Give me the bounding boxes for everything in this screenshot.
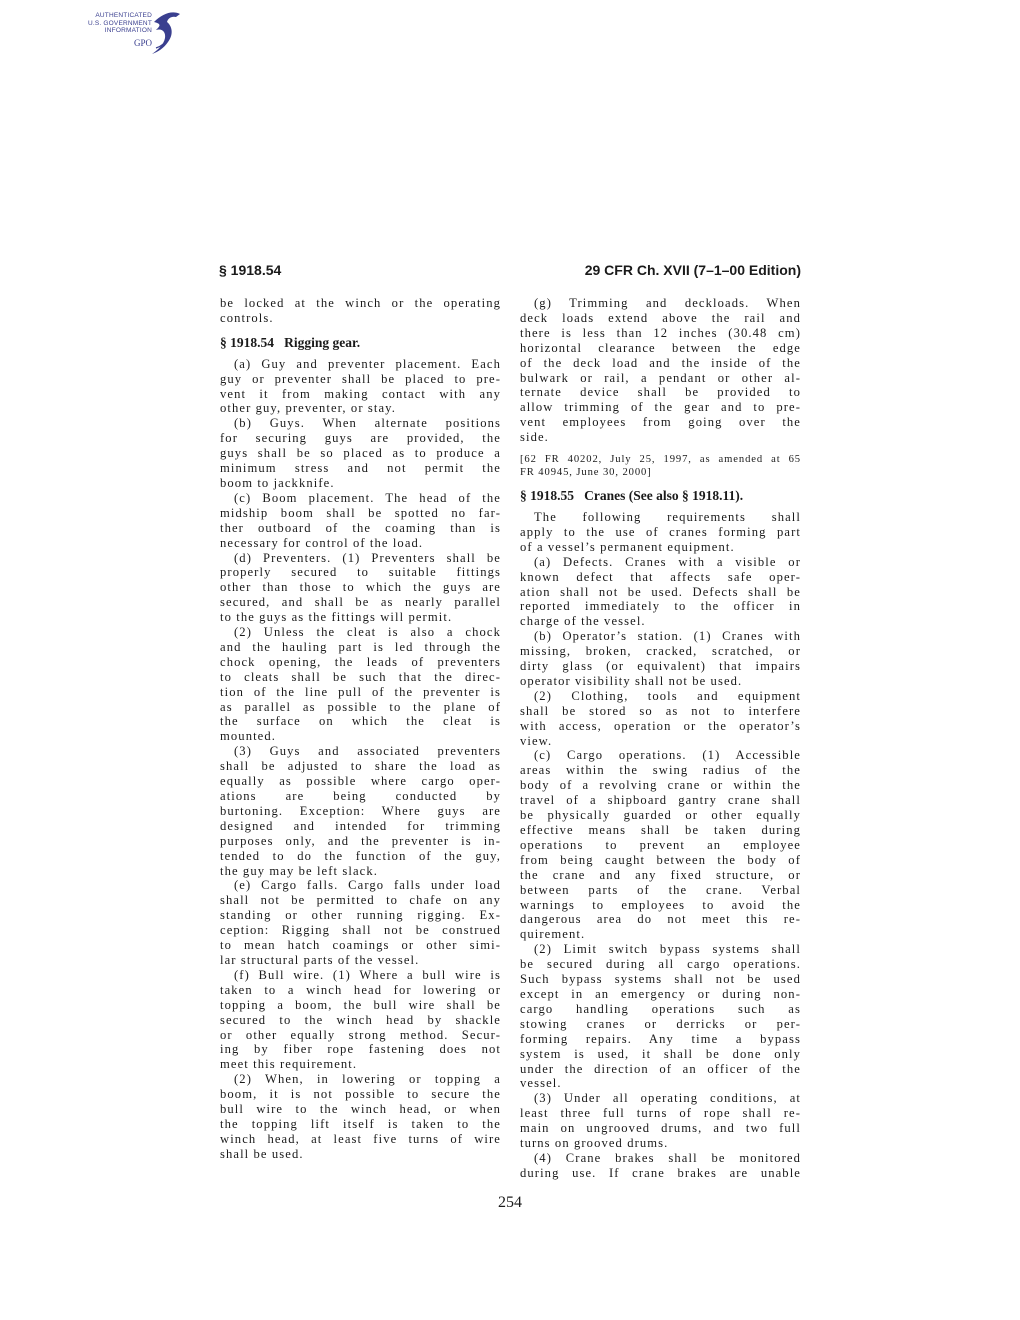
- text-line: dirty glass (or equivalent) that impairs: [520, 659, 801, 674]
- text-line: (b) Guys. When alternate positions: [220, 416, 501, 431]
- text-line: main on ungrooved drums, and two full: [520, 1121, 801, 1136]
- text-line: as parallel as possible to the plane of: [220, 700, 501, 715]
- text-line: turns on grooved drums.: [520, 1136, 801, 1151]
- text-line: for securing guys are provided, the: [220, 431, 501, 446]
- text-line: (2) When, in lowering or topping a: [220, 1072, 501, 1087]
- text-line: with access, operation or the operator’s: [520, 719, 801, 734]
- text-line: (a) Guy and preventer placement. Each: [220, 357, 501, 372]
- text-line: (g) Trimming and deckloads. When: [520, 296, 801, 311]
- text-line: be secured during all cargo operations.: [520, 957, 801, 972]
- text-line: ation shall not be used. Defects shall b…: [520, 585, 801, 600]
- text-line: operator visibility shall not be used.: [520, 674, 801, 689]
- text-line: to the guys as the fittings will permit.: [220, 610, 501, 625]
- text-line: Such bypass systems shall not be used: [520, 972, 801, 987]
- text-line: body of a revolving crane or within the: [520, 778, 801, 793]
- text-line: (2) Clothing, tools and equipment: [520, 689, 801, 704]
- text-line: minimum stress and not permit the: [220, 461, 501, 476]
- text-line: from being caught between the body of: [520, 853, 801, 868]
- text-line: there is less than 12 inches (30.48 cm): [520, 326, 801, 341]
- text-line: vent it from making contact with any: [220, 387, 501, 402]
- text-line: vent employees from going over the: [520, 415, 801, 430]
- text-line: winch head, at least five turns of wire: [220, 1132, 501, 1147]
- text-line: equally as possible where cargo oper-: [220, 774, 501, 789]
- text-line: cargo handling operations such as: [520, 1002, 801, 1017]
- text-line: taken to a winch head for lowering or: [220, 983, 501, 998]
- cfr-edition: 29 CFR Ch. XVII (7–1–00 Edition): [585, 262, 801, 278]
- paragraph: (a) Guy and preventer placement. Eachguy…: [220, 357, 501, 417]
- paragraph: (3) Under all operating conditions, atle…: [520, 1091, 801, 1151]
- text-line: mounted.: [220, 729, 501, 744]
- text-line: ception: Rigging shall not be construed: [220, 923, 501, 938]
- text-line: [62 FR 40202, July 25, 1997, as amended …: [520, 453, 801, 466]
- text-line: meet this requirement.: [220, 1057, 501, 1072]
- text-line: allow trimming of the gear and to pre-: [520, 400, 801, 415]
- text-line: necessary for control of the load.: [220, 536, 501, 551]
- text-line: least three full turns of rope shall re-: [520, 1106, 801, 1121]
- text-line: of the deck load and the inside of the: [520, 356, 801, 371]
- text-line: (c) Cargo operations. (1) Accessible: [520, 748, 801, 763]
- logo-text: AUTHENTICATED U.S. GOVERNMENT INFORMATIO…: [72, 12, 152, 35]
- text-line: during use. If crane brakes are unable: [520, 1166, 801, 1181]
- logo-line: U.S. GOVERNMENT: [72, 20, 152, 28]
- text-line: lar structural parts of the vessel.: [220, 953, 501, 968]
- text-line: known defect that affects safe oper-: [520, 570, 801, 585]
- paragraph: (b) Guys. When alternate positionsfor se…: [220, 416, 501, 491]
- text-line: boom, it is not possible to secure the: [220, 1087, 501, 1102]
- gpo-authenticated-logo: AUTHENTICATED U.S. GOVERNMENT INFORMATIO…: [72, 8, 187, 60]
- paragraph: be locked at the winch or the operatingc…: [220, 296, 501, 326]
- left-column: be locked at the winch or the operatingc…: [220, 296, 501, 1162]
- text-line: tion of the line pull of the preventer i…: [220, 685, 501, 700]
- text-line: travel of a shipboard gantry crane shall: [520, 793, 801, 808]
- text-line: secured to the winch head by shackle: [220, 1013, 501, 1028]
- paragraph: (f) Bull wire. (1) Where a bull wire ist…: [220, 968, 501, 1072]
- text-line: the topping lift itself is taken to the: [220, 1117, 501, 1132]
- text-line: reported immediately to the officer in: [520, 599, 801, 614]
- text-line: system is used, it shall be done only: [520, 1047, 801, 1062]
- text-line: to cleats shall be such that the direc-: [220, 670, 501, 685]
- text-line: side.: [520, 430, 801, 445]
- text-line: be physically guarded or other equally: [520, 808, 801, 823]
- section-heading: § 1918.55 Cranes (See also § 1918.11).: [520, 489, 801, 504]
- text-line: except in an emergency or during non-: [520, 987, 801, 1002]
- text-line: (2) Limit switch bypass systems shall: [520, 942, 801, 957]
- text-line: (a) Defects. Cranes with a visible or: [520, 555, 801, 570]
- paragraph: (4) Crane brakes shall be monitoreddurin…: [520, 1151, 801, 1181]
- text-line: dangerous area do not meet this re-: [520, 912, 801, 927]
- text-line: (e) Cargo falls. Cargo falls under load: [220, 878, 501, 893]
- text-line: under the direction of an officer of the: [520, 1062, 801, 1077]
- paragraph: (c) Cargo operations. (1) Accessiblearea…: [520, 748, 801, 942]
- paragraph: (2) Limit switch bypass systems shallbe …: [520, 942, 801, 1091]
- text-line: guys shall be so placed as to produce a: [220, 446, 501, 461]
- text-line: the crane and any fixed structure, or: [520, 868, 801, 883]
- text-line: standing or other running rigging. Ex-: [220, 908, 501, 923]
- text-line: shall be adjusted to share the load as: [220, 759, 501, 774]
- text-line: view.: [520, 734, 801, 749]
- text-line: stowing cranes or derricks or per-: [520, 1017, 801, 1032]
- text-line: guy or preventer shall be placed to pre-: [220, 372, 501, 387]
- text-line: burtoning. Exception: Where guys are: [220, 804, 501, 819]
- text-line: (4) Crane brakes shall be monitored: [520, 1151, 801, 1166]
- text-line: warnings to employees to avoid the: [520, 898, 801, 913]
- paragraph: (g) Trimming and deckloads. Whendeck loa…: [520, 296, 801, 445]
- text-line: bulwark or rail, a pendant or other al-: [520, 371, 801, 386]
- paragraph: (3) Guys and associated preventersshall …: [220, 744, 501, 878]
- text-line: purposes only, and the preventer is in-: [220, 834, 501, 849]
- text-line: The following requirements shall: [520, 510, 801, 525]
- text-line: shall be used.: [220, 1147, 501, 1162]
- text-line: vessel.: [520, 1076, 801, 1091]
- paragraph: The following requirements shallapply to…: [520, 510, 801, 555]
- text-line: designed and intended for trimming: [220, 819, 501, 834]
- text-line: other guy, preventer, or stay.: [220, 401, 501, 416]
- paragraph: (b) Operator’s station. (1) Cranes withm…: [520, 629, 801, 689]
- text-line: of a vessel’s permanent equipment.: [520, 540, 801, 555]
- section-number: § 1918.54: [219, 262, 281, 278]
- text-line: (f) Bull wire. (1) Where a bull wire is: [220, 968, 501, 983]
- paragraph: (2) Unless the cleat is also a chockand …: [220, 625, 501, 744]
- page-number: 254: [0, 1194, 1020, 1212]
- text-line: controls.: [220, 311, 501, 326]
- logo-line: INFORMATION: [72, 27, 152, 35]
- text-line: ing by fiber rope fastening does not: [220, 1042, 501, 1057]
- text-line: ations are being conducted by: [220, 789, 501, 804]
- text-line: charge of the vessel.: [520, 614, 801, 629]
- text-line: secured, and shall be as nearly parallel: [220, 595, 501, 610]
- eagle-icon: [150, 8, 184, 60]
- text-line: and the hauling part is led through the: [220, 640, 501, 655]
- text-line: shall be stored so as not to interfere: [520, 704, 801, 719]
- logo-line: AUTHENTICATED: [72, 12, 152, 20]
- text-line: effective means shall be taken during: [520, 823, 801, 838]
- text-line: ternate device shall be provided to: [520, 385, 801, 400]
- text-line: the surface on which the cleat is: [220, 714, 501, 729]
- text-line: between parts of the crane. Verbal: [520, 883, 801, 898]
- text-line: (c) Boom placement. The head of the: [220, 491, 501, 506]
- text-line: (3) Guys and associated preventers: [220, 744, 501, 759]
- text-line: apply to the use of cranes forming part: [520, 525, 801, 540]
- text-line: other than those to which the guys are: [220, 580, 501, 595]
- text-line: shall not be permitted to chafe on any: [220, 893, 501, 908]
- text-line: ther outboard of the coaming than is: [220, 521, 501, 536]
- text-line: horizontal clearance between the edge: [520, 341, 801, 356]
- source-citation: [62 FR 40202, July 25, 1997, as amended …: [520, 453, 801, 479]
- text-line: deck loads extend above the rail and: [520, 311, 801, 326]
- paragraph: (a) Defects. Cranes with a visible orkno…: [520, 555, 801, 630]
- text-line: chock opening, the leads of preventers: [220, 655, 501, 670]
- text-line: tended to do the function of the guy,: [220, 849, 501, 864]
- text-line: missing, broken, cracked, scratched, or: [520, 644, 801, 659]
- right-column: (g) Trimming and deckloads. Whendeck loa…: [520, 296, 801, 1181]
- text-line: areas within the swing radius of the: [520, 763, 801, 778]
- text-line: midship boom shall be spotted no far-: [220, 506, 501, 521]
- text-line: to mean hatch coamings or other simi-: [220, 938, 501, 953]
- paragraph: (2) When, in lowering or topping aboom, …: [220, 1072, 501, 1161]
- running-head: § 1918.54 29 CFR Ch. XVII (7–1–00 Editio…: [219, 262, 801, 282]
- text-line: quirement.: [520, 927, 801, 942]
- text-line: (2) Unless the cleat is also a chock: [220, 625, 501, 640]
- logo-gpo-text: GPO: [122, 38, 152, 48]
- text-line: properly secured to suitable fittings: [220, 565, 501, 580]
- text-line: topping a boom, the bull wire shall be: [220, 998, 501, 1013]
- text-line: (3) Under all operating conditions, at: [520, 1091, 801, 1106]
- paragraph: (2) Clothing, tools and equipmentshall b…: [520, 689, 801, 749]
- section-heading: § 1918.54 Rigging gear.: [220, 336, 501, 351]
- text-line: or other equally strong method. Secur-: [220, 1028, 501, 1043]
- text-line: bull wire to the winch head, or when: [220, 1102, 501, 1117]
- text-line: operations to prevent an employee: [520, 838, 801, 853]
- text-line: FR 40945, June 30, 2000]: [520, 466, 801, 479]
- text-line: the guy may be left slack.: [220, 864, 501, 879]
- paragraph: (c) Boom placement. The head of themidsh…: [220, 491, 501, 551]
- text-line: (b) Operator’s station. (1) Cranes with: [520, 629, 801, 644]
- paragraph: (d) Preventers. (1) Preventers shall bep…: [220, 551, 501, 626]
- text-line: boom to jackknife.: [220, 476, 501, 491]
- text-line: be locked at the winch or the operating: [220, 296, 501, 311]
- text-line: forming repairs. Any time a bypass: [520, 1032, 801, 1047]
- paragraph: (e) Cargo falls. Cargo falls under loads…: [220, 878, 501, 967]
- text-line: (d) Preventers. (1) Preventers shall be: [220, 551, 501, 566]
